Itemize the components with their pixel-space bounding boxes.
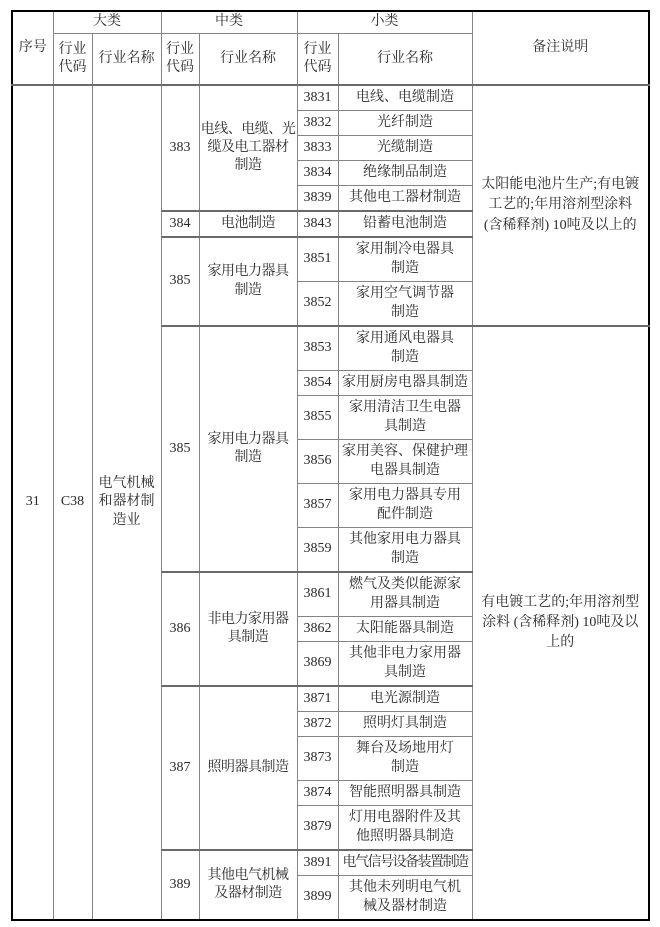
sub-name-cell: 绝缘制品制造 <box>338 161 472 186</box>
header-mid-code: 行业 代码 <box>161 34 199 86</box>
sub-name-cell: 舞台及场地用灯 制造 <box>338 737 472 781</box>
header-major-group: 大类 <box>53 11 161 34</box>
mid-name-cell: 家用电力器具 制造 <box>199 237 297 326</box>
sub-name-cell: 电线、电缆制造 <box>338 85 472 111</box>
table-row: 31 C38 电气机械 和器材制 造业 383 电线、电缆、光 缆及电工器材 制… <box>12 85 649 111</box>
sub-name-cell: 其他电工器材制造 <box>338 186 472 212</box>
sub-code-cell: 3851 <box>297 237 338 282</box>
header-row-groups: 序号 大类 中类 小类 备注说明 <box>12 11 649 34</box>
mid-code-cell: 387 <box>161 686 199 850</box>
mid-name-cell: 其他电气机械 及器材制造 <box>199 850 297 920</box>
sub-code-cell: 3839 <box>297 186 338 212</box>
sub-code-cell: 3862 <box>297 617 338 642</box>
sub-code-cell: 3834 <box>297 161 338 186</box>
sub-name-cell: 家用制冷电器具 制造 <box>338 237 472 282</box>
sub-code-cell: 3872 <box>297 712 338 737</box>
sub-name-cell: 灯用电器附件及其 他照明器具制造 <box>338 806 472 851</box>
header-seq: 序号 <box>12 11 53 85</box>
mid-name-cell: 电线、电缆、光 缆及电工器材 制造 <box>199 85 297 211</box>
header-mid-name: 行业名称 <box>199 34 297 86</box>
sub-code-cell: 3871 <box>297 686 338 712</box>
mid-code-cell: 383 <box>161 85 199 211</box>
sub-code-cell: 3857 <box>297 484 338 528</box>
sub-code-cell: 3852 <box>297 282 338 327</box>
sub-name-cell: 光缆制造 <box>338 136 472 161</box>
major-name-cell: 电气机械 和器材制 造业 <box>92 85 161 920</box>
sub-name-cell: 家用清洁卫生电器 具制造 <box>338 396 472 440</box>
sub-code-cell: 3879 <box>297 806 338 851</box>
mid-code-cell: 386 <box>161 572 199 686</box>
header-minor-code: 行业 代码 <box>297 34 338 86</box>
header-major-code: 行业 代码 <box>53 34 92 86</box>
mid-name-cell: 电池制造 <box>199 211 297 237</box>
seq-cell: 31 <box>12 85 53 920</box>
sub-name-cell: 其他非电力家用器 具制造 <box>338 642 472 687</box>
sub-code-cell: 3856 <box>297 440 338 484</box>
sub-name-cell: 其他家用电力器具 制造 <box>338 528 472 573</box>
remark-cell: 太阳能电池片生产;有电镀 工艺的;年用溶剂型涂料 (含稀释剂) 10吨及以上的 <box>472 85 649 326</box>
sub-name-cell: 家用空气调节器 制造 <box>338 282 472 327</box>
mid-name-cell: 照明器具制造 <box>199 686 297 850</box>
sub-name-cell: 电气信号设备装置制造 <box>338 850 472 876</box>
sub-code-cell: 3873 <box>297 737 338 781</box>
mid-name-cell: 家用电力器具 制造 <box>199 326 297 572</box>
sub-name-cell: 家用厨房电器具制造 <box>338 371 472 396</box>
remark-cell: 有电镀工艺的;年用溶剂型 涂料 (含稀释剂) 10吨及以 上的 <box>472 326 649 920</box>
sub-code-cell: 3869 <box>297 642 338 687</box>
sub-name-cell: 家用电力器具专用 配件制造 <box>338 484 472 528</box>
mid-code-cell: 385 <box>161 237 199 326</box>
sub-name-cell: 家用通风电器具 制造 <box>338 326 472 371</box>
sub-name-cell: 智能照明器具制造 <box>338 781 472 806</box>
document-page: 序号 大类 中类 小类 备注说明 行业 代码 行业名称 行业 代码 行业名称 行… <box>0 0 660 927</box>
sub-name-cell: 铅蓄电池制造 <box>338 211 472 237</box>
header-minor-group: 小类 <box>297 11 472 34</box>
sub-name-cell: 太阳能器具制造 <box>338 617 472 642</box>
sub-code-cell: 3854 <box>297 371 338 396</box>
sub-code-cell: 3855 <box>297 396 338 440</box>
mid-code-cell: 384 <box>161 211 199 237</box>
sub-code-cell: 3874 <box>297 781 338 806</box>
header-minor-name: 行业名称 <box>338 34 472 86</box>
mid-code-cell: 385 <box>161 326 199 572</box>
sub-code-cell: 3891 <box>297 850 338 876</box>
sub-code-cell: 3859 <box>297 528 338 573</box>
sub-code-cell: 3843 <box>297 211 338 237</box>
sub-code-cell: 3831 <box>297 85 338 111</box>
sub-name-cell: 其他未列明电气机 械及器材制造 <box>338 876 472 921</box>
header-remark: 备注说明 <box>472 11 649 85</box>
sub-code-cell: 3861 <box>297 572 338 617</box>
header-major-name: 行业名称 <box>92 34 161 86</box>
mid-name-cell: 非电力家用器 具制造 <box>199 572 297 686</box>
sub-code-cell: 3833 <box>297 136 338 161</box>
sub-code-cell: 3853 <box>297 326 338 371</box>
sub-name-cell: 燃气及类似能源家 用器具制造 <box>338 572 472 617</box>
sub-name-cell: 照明灯具制造 <box>338 712 472 737</box>
sub-code-cell: 3899 <box>297 876 338 921</box>
mid-code-cell: 389 <box>161 850 199 920</box>
header-mid-group: 中类 <box>161 11 297 34</box>
major-code-cell: C38 <box>53 85 92 920</box>
industry-classification-table: 序号 大类 中类 小类 备注说明 行业 代码 行业名称 行业 代码 行业名称 行… <box>11 10 650 921</box>
sub-name-cell: 光纤制造 <box>338 111 472 136</box>
sub-code-cell: 3832 <box>297 111 338 136</box>
sub-name-cell: 电光源制造 <box>338 686 472 712</box>
sub-name-cell: 家用美容、保健护理 电器具制造 <box>338 440 472 484</box>
